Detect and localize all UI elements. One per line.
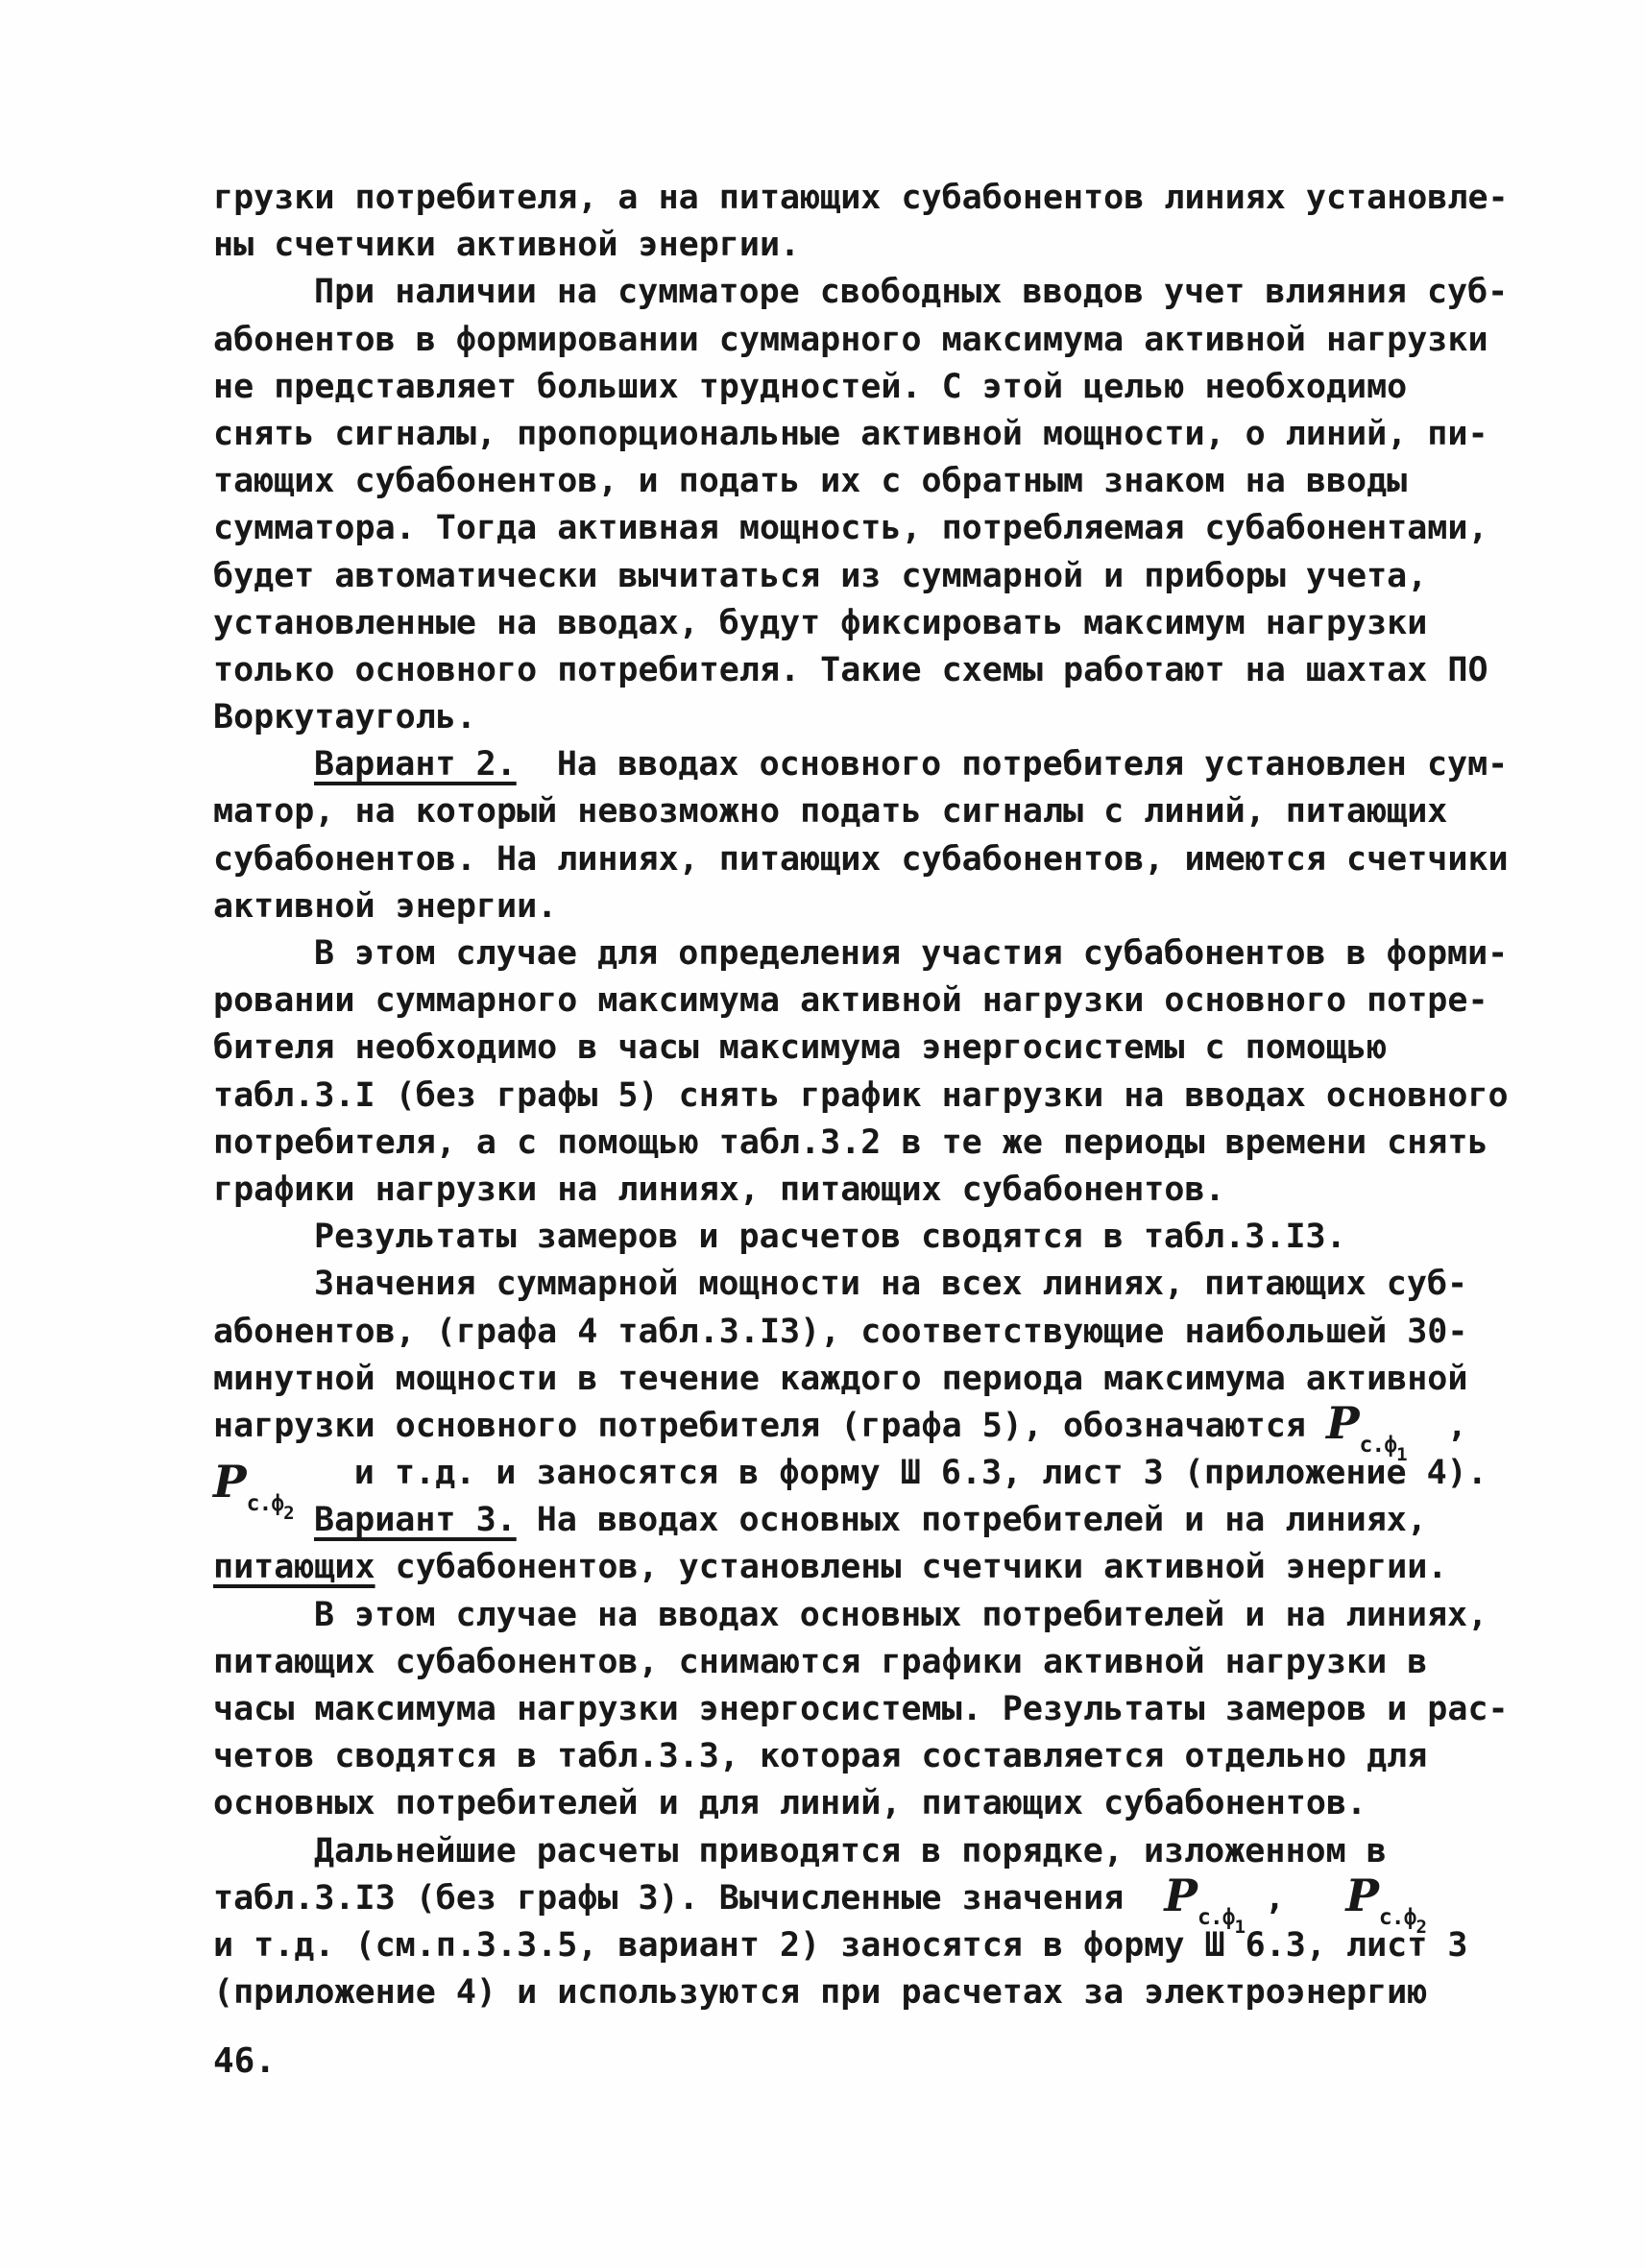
text-line: нагрузки основного потребителя (графа 5)… — [213, 1403, 1596, 1450]
scanned-document-page: грузки потребителя, а на питающих субабо… — [0, 0, 1645, 2268]
text-segment: сумматора. Тогда активная мощность, потр… — [213, 509, 1488, 547]
text-segment: , — [1245, 1879, 1345, 1918]
text-line: Дальнейшие расчеты приводятся в порядке,… — [213, 1828, 1596, 1875]
underlined-text: питающих — [213, 1548, 375, 1586]
text-segment: только основного потребителя. Такие схем… — [213, 651, 1488, 689]
text-segment: будет автоматически вычитаться из суммар… — [213, 557, 1427, 595]
text-segment: основных потребителей и для линий, питаю… — [213, 1784, 1367, 1822]
text-line: установленные на вводах, будут фиксирова… — [213, 600, 1596, 647]
underlined-text: Вариант 2. — [314, 745, 517, 784]
text-segment: Воркутауголь. — [213, 698, 476, 736]
text-segment: (приложение 4) и используются при расчет… — [213, 1973, 1427, 2012]
text-segment: не представляет больших трудностей. С эт… — [213, 368, 1407, 406]
text-line: питающих субабонентов, снимаются графики… — [213, 1639, 1596, 1686]
text-line: табл.3.I3 (без графы 3). Вычисленные зна… — [213, 1875, 1596, 1922]
text-line: При наличии на сумматоре свободных вводо… — [213, 269, 1596, 316]
text-line: снять сигналы, пропорциональные активной… — [213, 411, 1596, 458]
text-line: ровании суммарного максимума активной на… — [213, 977, 1596, 1025]
text-line: Результаты замеров и расчетов сводятся в… — [213, 1214, 1596, 1261]
text-line: Вариант 2. На вводах основного потребите… — [213, 741, 1596, 788]
text-segment: На вводах основных потребителей и на лин… — [517, 1501, 1427, 1539]
text-line: (приложение 4) и используются при расчет… — [213, 1969, 1596, 2016]
text-segment: часы максимума нагрузки энергосистемы. Р… — [213, 1690, 1509, 1728]
text-segment: В этом случае для определения участия су… — [314, 934, 1508, 973]
text-segment: субабонентов. На линиях, питающих субабо… — [213, 840, 1509, 879]
text-segment: минутной мощности в течение каждого пери… — [213, 1360, 1467, 1398]
power-subscript-formula: Рс.ф2 — [213, 1461, 294, 1513]
text-segment: питающих субабонентов, снимаются графики… — [213, 1643, 1427, 1681]
text-line: потребителя, а с помощью табл.3.2 в те ж… — [213, 1120, 1596, 1167]
text-line: не представляет больших трудностей. С эт… — [213, 364, 1596, 411]
text-segment: субабонентов, установлены счетчики актив… — [375, 1548, 1448, 1586]
text-segment: снять сигналы, пропорциональные активной… — [213, 415, 1488, 453]
text-segment: На вводах основного потребителя установл… — [517, 745, 1509, 784]
text-line: питающих субабонентов, установлены счетч… — [213, 1544, 1596, 1591]
power-subscript-formula: Рс.ф1 — [1164, 1875, 1245, 1927]
text-line: абонентов в формировании суммарного макс… — [213, 317, 1596, 364]
text-line: и т.д. (см.п.3.3.5, вариант 2) заносятся… — [213, 1922, 1596, 1969]
text-line: Воркутауголь. — [213, 694, 1596, 741]
text-line: часы максимума нагрузки энергосистемы. Р… — [213, 1686, 1596, 1733]
text-segment: табл.3.I (без графы 5) снять график нагр… — [213, 1076, 1509, 1115]
text-segment: четов сводятся в табл.3.3, которая соста… — [213, 1737, 1427, 1775]
text-line: только основного потребителя. Такие схем… — [213, 647, 1596, 694]
text-line: тающих субабонентов, и подать их с обрат… — [213, 458, 1596, 505]
text-line: бителя необходимо в часы максимума энерг… — [213, 1025, 1596, 1072]
text-segment: графики нагрузки на линиях, питающих суб… — [213, 1170, 1225, 1209]
text-segment: ровании суммарного максимума активной на… — [213, 981, 1488, 1020]
text-segment: активной энергии. — [213, 887, 557, 926]
text-segment: абонентов, (графа 4 табл.3.I3), соответс… — [213, 1313, 1467, 1351]
text-segment: Значения суммарной мощности на всех лини… — [314, 1265, 1467, 1303]
text-segment: нагрузки основного потребителя (графа 5)… — [213, 1407, 1326, 1445]
text-line: В этом случае для определения участия су… — [213, 930, 1596, 977]
page-number: 46. — [213, 2038, 276, 2085]
text-line: грузки потребителя, а на питающих субабо… — [213, 175, 1596, 222]
power-subscript-formula: Рс.ф1 — [1326, 1403, 1407, 1455]
text-line: сумматора. Тогда активная мощность, потр… — [213, 505, 1596, 552]
text-line: ны счетчики активной энергии. — [213, 222, 1596, 269]
text-line: графики нагрузки на линиях, питающих суб… — [213, 1167, 1596, 1214]
text-segment: грузки потребителя, а на питающих субабо… — [213, 179, 1509, 217]
text-line: В этом случае на вводах основных потреби… — [213, 1592, 1596, 1639]
text-line: Рс.ф2 и т.д. и заносятся в форму Ш 6.3, … — [213, 1450, 1596, 1497]
text-line: Вариант 3. На вводах основных потребител… — [213, 1497, 1596, 1544]
text-segment: абонентов в формировании суммарного макс… — [213, 321, 1488, 359]
text-segment: , — [1407, 1407, 1467, 1445]
text-segment: При наличии на сумматоре свободных вводо… — [314, 273, 1508, 311]
text-line: табл.3.I (без графы 5) снять график нагр… — [213, 1073, 1596, 1120]
text-segment: тающих субабонентов, и подать их с обрат… — [213, 462, 1407, 500]
text-line: минутной мощности в течение каждого пери… — [213, 1356, 1596, 1403]
text-segment: табл.3.I3 (без графы 3). Вычисленные зна… — [213, 1879, 1164, 1918]
underlined-text: Вариант 3. — [314, 1501, 517, 1539]
text-line: четов сводятся в табл.3.3, которая соста… — [213, 1733, 1596, 1780]
text-line: матор, на который невозможно подать сигн… — [213, 788, 1596, 835]
text-segment: установленные на вводах, будут фиксирова… — [213, 604, 1427, 642]
text-segment: бителя необходимо в часы максимума энерг… — [213, 1028, 1387, 1067]
text-segment: ны счетчики активной энергии. — [213, 226, 800, 264]
text-segment: Результаты замеров и расчетов сводятся в… — [314, 1218, 1346, 1256]
text-line: активной энергии. — [213, 883, 1596, 930]
text-segment: матор, на который невозможно подать сигн… — [213, 792, 1447, 831]
text-line: субабонентов. На линиях, питающих субабо… — [213, 836, 1596, 883]
text-segment: и т.д. (см.п.3.3.5, вариант 2) заносятся… — [213, 1926, 1467, 1965]
text-segment: В этом случае на вводах основных потреби… — [314, 1596, 1488, 1634]
text-line: основных потребителей и для линий, питаю… — [213, 1780, 1596, 1827]
text-line: абонентов, (графа 4 табл.3.I3), соответс… — [213, 1309, 1596, 1356]
text-line: Значения суммарной мощности на всех лини… — [213, 1261, 1596, 1308]
power-subscript-formula: Рс.ф2 — [1345, 1875, 1426, 1927]
document-text: грузки потребителя, а на питающих субабо… — [213, 175, 1596, 2016]
text-segment: Дальнейшие расчеты приводятся в порядке,… — [314, 1832, 1387, 1870]
text-segment: и т.д. и заносятся в форму Ш 6.3, лист 3… — [294, 1454, 1488, 1492]
text-segment: потребителя, а с помощью табл.3.2 в те ж… — [213, 1123, 1488, 1162]
text-line: будет автоматически вычитаться из суммар… — [213, 553, 1596, 600]
